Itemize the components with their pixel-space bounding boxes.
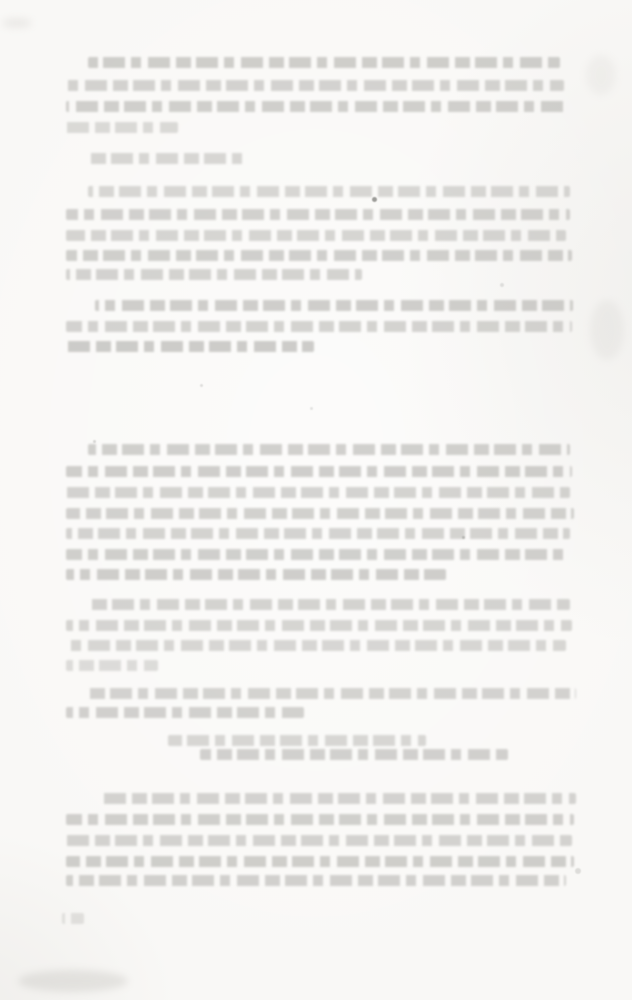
faded-text-line: [66, 269, 362, 280]
faded-text-line: [62, 913, 84, 924]
faint-speck: [200, 384, 203, 387]
paragraph-6: [0, 0, 632, 1000]
faded-text-line: [66, 230, 566, 241]
faded-text-line: [66, 875, 566, 886]
faded-text-line: [88, 599, 570, 610]
faint-speck: [93, 440, 96, 443]
top-left-smudge: [2, 18, 32, 28]
faded-text-line: [66, 640, 566, 651]
faded-text-line: [66, 528, 570, 539]
right-edge-smudge: [590, 300, 624, 360]
paragraph-2: [0, 0, 632, 1000]
faint-speck: [575, 868, 581, 874]
faded-text-line: [88, 444, 570, 455]
paragraph-5: [0, 0, 632, 1000]
faded-text-line: [66, 707, 304, 718]
faded-text-line: [200, 749, 508, 760]
faded-text-line: [88, 688, 576, 699]
faded-text-line: [66, 341, 314, 352]
page-number-mark: [0, 0, 632, 1000]
faded-ink-layer: [0, 0, 632, 1000]
faint-speck: [500, 283, 504, 287]
faded-text-line: [95, 300, 573, 311]
faded-text-line: [66, 122, 178, 133]
faded-text-line: [98, 793, 576, 804]
faded-text-line: [66, 508, 574, 519]
faded-text-line: [66, 101, 566, 112]
paragraph-3: [0, 0, 632, 1000]
faded-text-line: [66, 569, 446, 580]
dark-speck: [372, 197, 377, 202]
faded-text-line: [66, 835, 572, 846]
faded-text-line: [66, 466, 572, 477]
faded-text-line: [66, 80, 564, 91]
faded-text-line: [168, 735, 426, 746]
faded-text-line: [66, 620, 572, 631]
faded-text-line: [66, 856, 574, 867]
bottom-left-smudge: [18, 970, 128, 992]
centered-citation: [0, 0, 632, 1000]
faded-text-line: [66, 549, 566, 560]
faded-text-line: [90, 153, 248, 164]
faint-speck: [310, 407, 313, 410]
faded-text-line: [66, 660, 158, 671]
paragraph-1: [0, 0, 632, 1000]
paragraph-4: [0, 0, 632, 1000]
reference-line: [0, 0, 632, 1000]
right-edge-smudge: [586, 55, 616, 95]
faded-text-line: [66, 209, 570, 220]
faded-text-line: [66, 814, 574, 825]
faded-text-line: [88, 186, 570, 197]
faded-text-line: [66, 321, 572, 332]
scanned-page: all printed text is too faded and blurre…: [0, 0, 632, 1000]
faded-text-line: [88, 57, 560, 68]
paragraph-7: [0, 0, 632, 1000]
faded-text-line: [66, 487, 570, 498]
faded-text-line: [66, 250, 572, 261]
faint-speck: [462, 536, 465, 539]
